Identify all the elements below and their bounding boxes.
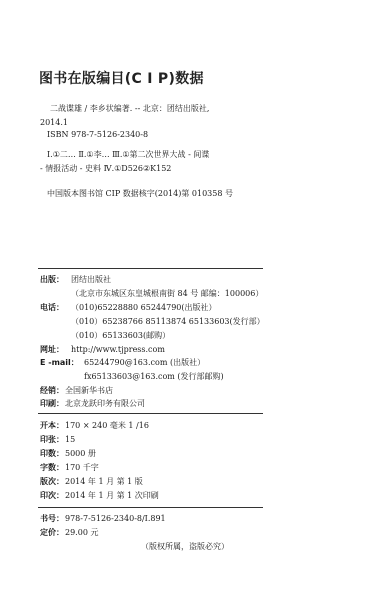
divider-rule bbox=[38, 413, 263, 414]
website-url: http://www.tjpress.com bbox=[71, 344, 165, 355]
publisher-name: 团结出版社 bbox=[71, 274, 111, 285]
spec-row-edition: 版次：2014 年 1 月 第 1 版 bbox=[40, 476, 143, 487]
printer-value: 北京龙跃印务有限公司 bbox=[65, 398, 145, 409]
spec-label: 印张： bbox=[40, 434, 65, 445]
copyright-notice: （版权所属，盗版必究） bbox=[141, 541, 229, 552]
spec-label: 印次： bbox=[40, 490, 65, 501]
spec-row-sheets: 印张：15 bbox=[40, 434, 75, 445]
phone-line: （010)65228880 65244790(出版社） bbox=[71, 302, 217, 313]
cip-line-subjects-2: - 情报活动 - 史料 Ⅳ.①D526②K152 bbox=[40, 163, 171, 175]
book-number-row: 书号：978-7-5126-2340-8/I.891 bbox=[40, 513, 166, 524]
distributor-label: 经销： bbox=[40, 385, 65, 396]
spec-label: 字数： bbox=[40, 462, 65, 473]
cip-line-record-number: 中国版本图书馆 CIP 数据核字(2014)第 010358 号 bbox=[47, 188, 233, 200]
cip-title: 图书在版编目(C I P)数据 bbox=[39, 68, 204, 88]
divider-rule bbox=[38, 268, 263, 269]
spec-value: 2014 年 1 月 第 1 次印刷 bbox=[65, 490, 159, 501]
email-address: fx65133603@163.com (发行部邮购) bbox=[84, 371, 224, 382]
divider-rule bbox=[38, 507, 263, 508]
spec-value: 170 × 240 毫米 1 /16 bbox=[65, 420, 149, 431]
distributor-value: 全国新华书店 bbox=[65, 385, 113, 396]
cip-line-subjects-1: Ⅰ.①二… Ⅱ.①李… Ⅲ.①第二次世界大战 - 间谍 bbox=[47, 149, 209, 161]
email-row: E -mail：65244790@163.com (出版社） bbox=[40, 357, 205, 368]
email-address: 65244790@163.com (出版社） bbox=[84, 357, 205, 368]
cip-line-date: 2014.1 bbox=[40, 117, 68, 129]
printer-label: 印刷： bbox=[40, 398, 65, 409]
book-number-value: 978-7-5126-2340-8/I.891 bbox=[65, 513, 166, 524]
spec-value: 5000 册 bbox=[65, 448, 96, 459]
spec-label: 开本： bbox=[40, 420, 65, 431]
publisher-row: 出版：团结出版社 bbox=[40, 274, 111, 285]
phone-line: （010）65238766 85113874 65133603(发行部） bbox=[71, 316, 265, 327]
spec-label: 印数： bbox=[40, 448, 65, 459]
publisher-label: 出版： bbox=[40, 274, 71, 285]
spec-row-word-count: 字数：170 千字 bbox=[40, 462, 99, 473]
website-row: 网址：http://www.tjpress.com bbox=[40, 344, 165, 355]
spec-label: 版次： bbox=[40, 476, 65, 487]
publisher-address: （北京市东城区东皇城根南街 84 号 邮编：100006） bbox=[71, 288, 263, 299]
spec-row-impression: 印次：2014 年 1 月 第 1 次印刷 bbox=[40, 490, 159, 501]
phone-row: 电话：（010)65228880 65244790(出版社） bbox=[40, 302, 217, 313]
printer-row: 印刷：北京龙跃印务有限公司 bbox=[40, 398, 145, 409]
distributor-row: 经销：全国新华书店 bbox=[40, 385, 113, 396]
phone-line: （010）65133603(邮购） bbox=[71, 330, 170, 341]
spec-row-format: 开本：170 × 240 毫米 1 /16 bbox=[40, 420, 149, 431]
spec-value: 15 bbox=[65, 434, 75, 445]
cip-line-title-author: 二战谍雄 / 李乡状编著. -- 北京：团结出版社, bbox=[50, 103, 209, 115]
website-label: 网址： bbox=[40, 344, 71, 355]
phone-label: 电话： bbox=[40, 302, 71, 313]
spec-value: 2014 年 1 月 第 1 版 bbox=[65, 476, 143, 487]
spec-row-print-run: 印数：5000 册 bbox=[40, 448, 96, 459]
price-value: 29.00 元 bbox=[65, 527, 98, 538]
price-row: 定价：29.00 元 bbox=[40, 527, 98, 538]
cip-line-isbn: ISBN 978-7-5126-2340-8 bbox=[47, 129, 148, 141]
email-label: E -mail： bbox=[40, 357, 84, 368]
book-number-label: 书号： bbox=[40, 513, 65, 524]
spec-value: 170 千字 bbox=[65, 462, 99, 473]
price-label: 定价： bbox=[40, 527, 65, 538]
